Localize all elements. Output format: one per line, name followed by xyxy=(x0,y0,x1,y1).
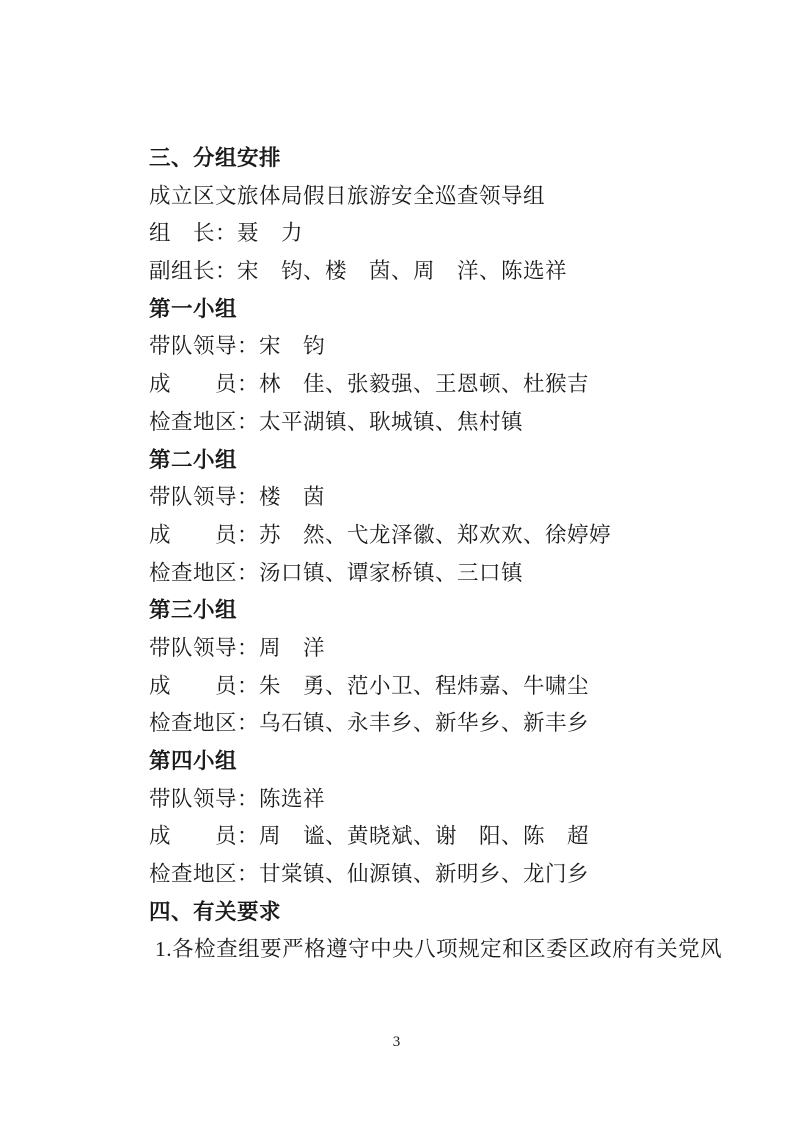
group-2-area-value: 汤口镇、谭家桥镇、三口镇 xyxy=(259,561,523,585)
group-1-area-value: 太平湖镇、耿城镇、焦村镇 xyxy=(259,410,523,434)
team-lead-label: 带队领导： xyxy=(149,787,259,811)
area-label: 检查地区： xyxy=(149,862,259,886)
deputy-leader-label: 副组长： xyxy=(149,259,237,283)
section3-heading: 三、分组安排 xyxy=(149,140,709,178)
group-leader-label: 组 长： xyxy=(149,221,237,245)
group-1-members-line: 成 员：林 佳、张毅强、王恩顿、杜猴吉 xyxy=(149,366,709,404)
members-label: 成 员： xyxy=(149,523,259,547)
group-3-members-line: 成 员：朱 勇、范小卫、程炜嘉、牛啸尘 xyxy=(149,668,709,706)
group-1-area-line: 检查地区：太平湖镇、耿城镇、焦村镇 xyxy=(149,404,709,442)
members-label: 成 员： xyxy=(149,674,259,698)
group-3-area-line: 检查地区：乌石镇、永丰乡、新华乡、新丰乡 xyxy=(149,705,709,743)
group-3-lead-line: 带队领导：周 洋 xyxy=(149,630,709,668)
intro-line: 成立区文旅体局假日旅游安全巡查领导组 xyxy=(149,178,709,216)
group-2-title: 第二小组 xyxy=(149,442,709,480)
team-lead-label: 带队领导： xyxy=(149,636,259,660)
group-4-title: 第四小组 xyxy=(149,743,709,781)
group-4-lead-line: 带队领导：陈选祥 xyxy=(149,781,709,819)
members-label: 成 员： xyxy=(149,372,259,396)
group-3-members-value: 朱 勇、范小卫、程炜嘉、牛啸尘 xyxy=(259,674,589,698)
group-3-area-value: 乌石镇、永丰乡、新华乡、新丰乡 xyxy=(259,711,589,735)
members-label: 成 员： xyxy=(149,824,259,848)
group-4-lead-value: 陈选祥 xyxy=(259,787,325,811)
team-lead-label: 带队领导： xyxy=(149,485,259,509)
group-3-title: 第三小组 xyxy=(149,592,709,630)
page-number: 3 xyxy=(0,1032,793,1052)
group-2-area-line: 检查地区：汤口镇、谭家桥镇、三口镇 xyxy=(149,555,709,593)
group-4-area-value: 甘棠镇、仙源镇、新明乡、龙门乡 xyxy=(259,862,589,886)
group-2-members-line: 成 员：苏 然、弋龙泽徽、郑欢欢、徐婷婷 xyxy=(149,517,709,555)
document-page: 三、分组安排 成立区文旅体局假日旅游安全巡查领导组 组 长：聂 力 副组长：宋 … xyxy=(0,0,793,1122)
area-label: 检查地区： xyxy=(149,561,259,585)
group-leader-line: 组 长：聂 力 xyxy=(149,215,709,253)
requirements-paragraph: 1.各检查组要严格遵守中央八项规定和区委区政府有关党风 xyxy=(149,931,709,969)
group-1-title: 第一小组 xyxy=(149,291,709,329)
deputy-leader-line: 副组长：宋 钧、楼 茵、周 洋、陈选祥 xyxy=(149,253,709,291)
group-1-lead-value: 宋 钧 xyxy=(259,334,325,358)
area-label: 检查地区： xyxy=(149,410,259,434)
group-1-lead-line: 带队领导：宋 钧 xyxy=(149,328,709,366)
group-1-members-value: 林 佳、张毅强、王恩顿、杜猴吉 xyxy=(259,372,589,396)
section4-heading: 四、有关要求 xyxy=(149,894,709,932)
group-4-area-line: 检查地区：甘棠镇、仙源镇、新明乡、龙门乡 xyxy=(149,856,709,894)
document-body: 三、分组安排 成立区文旅体局假日旅游安全巡查领导组 组 长：聂 力 副组长：宋 … xyxy=(149,140,709,969)
group-4-members-line: 成 员：周 谧、黄晓斌、谢 阳、陈 超 xyxy=(149,818,709,856)
group-2-lead-value: 楼 茵 xyxy=(259,485,325,509)
group-2-members-value: 苏 然、弋龙泽徽、郑欢欢、徐婷婷 xyxy=(259,523,611,547)
team-lead-label: 带队领导： xyxy=(149,334,259,358)
area-label: 检查地区： xyxy=(149,711,259,735)
group-2-lead-line: 带队领导：楼 茵 xyxy=(149,479,709,517)
group-leader-value: 聂 力 xyxy=(237,221,303,245)
group-4-members-value: 周 谧、黄晓斌、谢 阳、陈 超 xyxy=(259,824,589,848)
group-3-lead-value: 周 洋 xyxy=(259,636,325,660)
deputy-leader-value: 宋 钧、楼 茵、周 洋、陈选祥 xyxy=(237,259,567,283)
